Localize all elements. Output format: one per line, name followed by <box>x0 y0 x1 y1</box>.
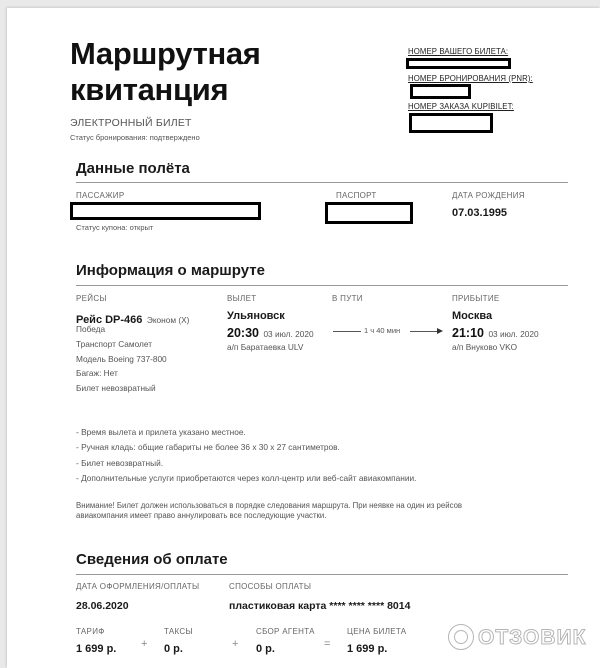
passport-label: ПАСПОРТ <box>336 191 377 200</box>
arrival-city: Москва <box>452 310 492 322</box>
warning-line-1: Внимание! Билет должен использоваться в … <box>76 501 462 510</box>
departure-city: Ульяновск <box>227 310 285 322</box>
plus-sign: + <box>232 638 238 650</box>
baggage: Багаж: Нет <box>76 368 118 378</box>
payment-method: пластиковая карта **** **** **** 8014 <box>229 600 410 612</box>
arrival-date: 03 июл. 2020 <box>488 329 538 339</box>
arrival-airport: а/п Внуково VKO <box>452 342 517 352</box>
payment-date: 28.06.2020 <box>76 600 129 612</box>
payment-date-label: ДАТА ОФОРМЛЕНИЯ/ОПЛАТЫ <box>76 582 199 591</box>
agent-fee-label: СБОР АГЕНТА <box>256 627 315 636</box>
pnr-label: НОМЕР БРОНИРОВАНИЯ (PNR): <box>408 74 533 83</box>
warning-line-2: авиакомпания имеет право аннулировать вс… <box>76 511 326 520</box>
refund-policy: Билет невозвратный <box>76 383 156 393</box>
flights-label: РЕЙСЫ <box>76 294 107 303</box>
passenger-label: ПАССАЖИР <box>76 191 125 200</box>
subtitle: ЭЛЕКТРОННЫЙ БИЛЕТ <box>70 117 192 129</box>
pnr-redacted <box>410 84 471 99</box>
flight-duration: 1 ч 40 мин <box>364 326 400 335</box>
departure-time: 20:30 <box>227 326 259 340</box>
note-item: - Ручная кладь: общие габариты не более … <box>76 442 340 452</box>
title-line-2: квитанция <box>70 72 261 108</box>
passport-redacted <box>325 202 413 224</box>
divider <box>76 182 568 183</box>
arrival-time: 21:10 <box>452 326 484 340</box>
in-transit-label: В ПУТИ <box>332 294 363 303</box>
payment-method-label: СПОСОБЫ ОПЛАТЫ <box>229 582 311 591</box>
departure-datetime: 20:30 03 июл. 2020 <box>227 324 314 342</box>
transport: Транспорт Самолет <box>76 339 152 349</box>
birthdate-label: ДАТА РОЖДЕНИЯ <box>452 191 525 200</box>
birthdate-value: 07.03.1995 <box>452 207 507 219</box>
tariff-value: 1 699 р. <box>76 643 116 655</box>
departure-label: ВЫЛЕТ <box>227 294 256 303</box>
otzovik-logo-inner-icon <box>454 630 468 644</box>
fare-class: Эконом (X) <box>147 315 190 325</box>
divider <box>76 285 568 286</box>
departure-airport: а/п Баратаевка ULV <box>227 342 303 352</box>
airline: Победа <box>76 324 105 334</box>
flight-data-title: Данные полёта <box>76 160 190 177</box>
taxes-label: ТАКСЫ <box>164 627 193 636</box>
page-title: Маршрутная квитанция <box>70 36 261 108</box>
divider <box>76 574 568 575</box>
order-number-label: НОМЕР ЗАКАЗА KUPIBILET: <box>408 102 514 111</box>
plus-sign: + <box>141 638 147 650</box>
note-item: - Время вылета и прилета указано местное… <box>76 427 246 437</box>
note-item: - Билет невозвратный. <box>76 458 163 468</box>
departure-date: 03 июл. 2020 <box>263 329 313 339</box>
taxes-value: 0 р. <box>164 643 183 655</box>
payment-title: Сведения об оплате <box>76 551 228 568</box>
booking-status: Статус бронирования: подтверждено <box>70 133 200 142</box>
tariff-label: ТАРИФ <box>76 627 105 636</box>
total-label: ЦЕНА БИЛЕТА <box>347 627 406 636</box>
agent-fee-value: 0 р. <box>256 643 275 655</box>
ticket-number-redacted <box>406 58 511 69</box>
title-line-1: Маршрутная <box>70 36 261 72</box>
transit-line-left <box>333 331 361 332</box>
order-number-redacted <box>409 113 493 133</box>
arrow-right-icon <box>437 328 443 334</box>
total-value: 1 699 р. <box>347 643 387 655</box>
aircraft-model: Модель Boeing 737-800 <box>76 354 167 364</box>
equals-sign: = <box>324 638 330 650</box>
route-title: Информация о маршруте <box>76 262 265 279</box>
arrival-datetime: 21:10 03 июл. 2020 <box>452 324 539 342</box>
note-item: - Дополнительные услуги приобретаются че… <box>76 473 416 483</box>
ticket-number-label: НОМЕР ВАШЕГО БИЛЕТА: <box>408 47 508 56</box>
arrival-label: ПРИБЫТИЕ <box>452 294 500 303</box>
passenger-name-redacted <box>70 202 261 220</box>
watermark-text: ОТЗОВИК <box>478 626 586 650</box>
coupon-status: Статус купона: открыт <box>76 223 153 232</box>
transit-line-right <box>410 331 438 332</box>
